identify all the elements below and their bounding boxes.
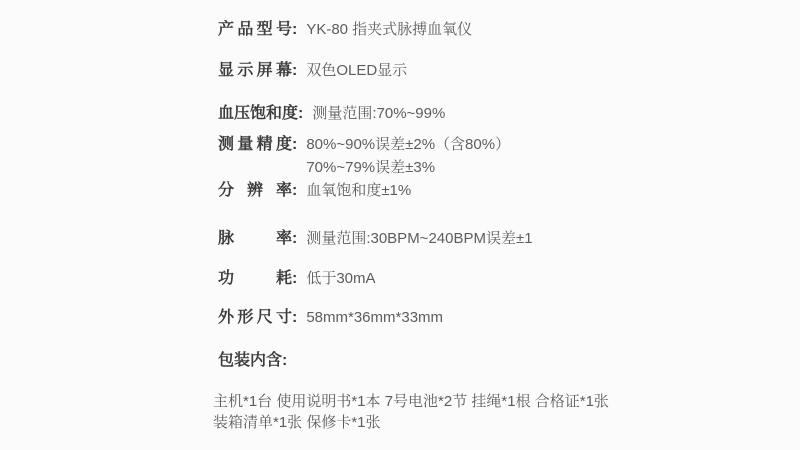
spec-value: 80%~90%误差±2%（含80%） 70%~79%误差±3%	[306, 134, 510, 179]
package-heading-label: 包装内含	[218, 350, 282, 372]
package-contents-list: 主机*1台 使用说明书*1本 7号电池*2节 挂绳*1根 合格证*1张 装箱清单…	[213, 391, 778, 433]
spec-label: 测量精度	[218, 134, 292, 156]
spec-row-spo2-range: 血压饱和度: 测量范围:70%~99%	[218, 103, 778, 125]
label-colon: :	[292, 60, 297, 82]
spec-label: 外形尺寸	[218, 307, 292, 329]
label-colon: :	[292, 268, 297, 290]
package-contents-heading: 包装内含:	[218, 350, 778, 372]
spec-value: 测量范围:70%~99%	[312, 103, 445, 125]
spec-value: 测量范围:30BPM~240BPM误差±1	[306, 228, 532, 250]
spec-value: 58mm*36mm*33mm	[306, 307, 443, 329]
accuracy-line-1: 80%~90%误差±2%（含80%）	[306, 134, 510, 156]
spec-row-power-consumption: 功耗: 低于30mA	[218, 268, 778, 290]
spec-row-display-screen: 显示屏幕: 双色OLED显示	[218, 60, 778, 82]
label-colon: :	[292, 134, 297, 156]
spec-label: 分辨率	[218, 180, 292, 202]
package-contents-line-1: 主机*1台 使用说明书*1本 7号电池*2节 挂绳*1根 合格证*1张	[213, 391, 778, 412]
label-colon: :	[292, 19, 297, 41]
spec-label: 功耗	[218, 268, 292, 290]
spec-value: 双色OLED显示	[306, 60, 407, 82]
accuracy-line-2: 70%~79%误差±3%	[306, 156, 510, 179]
label-colon: :	[292, 228, 297, 250]
spec-label: 脉率	[218, 228, 292, 250]
label-colon: :	[282, 350, 287, 372]
label-colon: :	[298, 103, 303, 125]
spec-value: 低于30mA	[306, 268, 375, 290]
label-colon: :	[292, 307, 297, 329]
spec-value: 血氧饱和度±1%	[306, 180, 411, 202]
spec-sheet: 产品型号: YK-80 指夹式脉搏血氧仪 显示屏幕: 双色OLED显示 血压饱和…	[218, 0, 778, 433]
spec-label: 产品型号	[218, 19, 292, 41]
spec-row-dimensions: 外形尺寸: 58mm*36mm*33mm	[218, 307, 778, 329]
label-colon: :	[292, 180, 297, 202]
spec-row-product-model: 产品型号: YK-80 指夹式脉搏血氧仪	[218, 19, 778, 41]
package-contents-line-2: 装箱清单*1张 保修卡*1张	[213, 412, 778, 433]
spec-row-measurement-accuracy: 测量精度: 80%~90%误差±2%（含80%） 70%~79%误差±3%	[218, 134, 778, 179]
spec-value: YK-80 指夹式脉搏血氧仪	[306, 19, 472, 41]
spec-row-pulse-rate: 脉率: 测量范围:30BPM~240BPM误差±1	[218, 228, 778, 250]
spec-label: 血压饱和度	[218, 103, 298, 125]
spec-row-resolution: 分辨率: 血氧饱和度±1%	[218, 180, 778, 202]
spec-label: 显示屏幕	[218, 60, 292, 82]
